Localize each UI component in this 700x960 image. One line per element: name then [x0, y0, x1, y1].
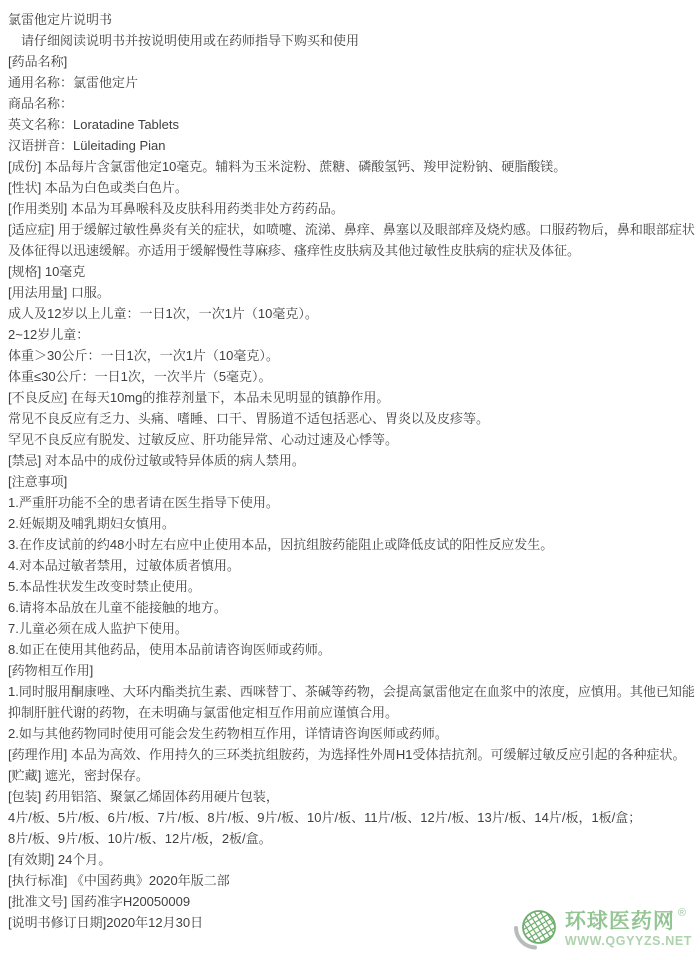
leaflet-line: [执行标准] 《中国药典》2020年版二部: [8, 870, 692, 891]
registered-trademark-icon: ®: [678, 908, 686, 919]
leaflet-line: 常见不良反应有乏力、头痛、嗜睡、口干、胃肠道不适包括恶心、胃炎以及皮疹等。: [8, 408, 692, 429]
leaflet-line: [包装] 药用铝箔、聚氯乙烯固体药用硬片包装，: [8, 786, 692, 807]
leaflet-line: 氯雷他定片说明书: [8, 9, 692, 30]
leaflet-line: 罕见不良反应有脱发、过敏反应、肝功能异常、心动过速及心悸等。: [8, 429, 692, 450]
leaflet-line: [规格] 10毫克: [8, 261, 692, 282]
leaflet-line: 通用名称：氯雷他定片: [8, 72, 692, 93]
leaflet-line: [用法用量] 口服。: [8, 282, 692, 303]
leaflet-line: [药理作用] 本品为高效、作用持久的三环类抗组胺药，为选择性外周H1受体拮抗剂。…: [8, 744, 692, 765]
leaflet-line: 8.如正在使用其他药品，使用本品前请咨询医师或药师。: [8, 639, 692, 660]
leaflet-line: 6.请将本品放在儿童不能接触的地方。: [8, 597, 692, 618]
leaflet-line: 8片/板、9片/板、10片/板、12片/板，2板/盒。: [8, 828, 692, 849]
leaflet-line: 成人及12岁以上儿童：一日1次，一次1片（10毫克）。: [8, 303, 692, 324]
leaflet-line: [作用类别] 本品为耳鼻喉科及皮肤科用药类非处方药药品。: [8, 198, 692, 219]
leaflet-line: 2.如与其他药物同时使用可能会发生药物相互作用，详情请咨询医师或药师。: [8, 723, 692, 744]
leaflet-line: [禁忌] 对本品中的成份过敏或特异体质的病人禁用。: [8, 450, 692, 471]
leaflet-line: 3.在作皮试前的约48小时左右应中止使用本品，因抗组胺药能阻止或降低皮试的阳性反…: [8, 534, 692, 555]
leaflet-line: 体重≤30公斤：一日1次，一次半片（5毫克）。: [8, 366, 692, 387]
leaflet-line: [成份] 本品每片含氯雷他定10毫克。辅料为玉米淀粉、蔗糖、磷酸氢钙、羧甲淀粉钠…: [8, 156, 692, 177]
leaflet-line: 英文名称：Loratadine Tablets: [8, 114, 692, 135]
leaflet-line: 1.同时服用酮康唑、大环内酯类抗生素、西咪替丁、茶碱等药物，会提高氯雷他定在血浆…: [8, 681, 692, 702]
leaflet-line: [贮藏] 遮光，密封保存。: [8, 765, 692, 786]
leaflet-text: 氯雷他定片说明书 请仔细阅读说明书并按说明使用或在药师指导下购买和使用 [药品名…: [0, 0, 700, 933]
leaflet-line: 汉语拼音：Lüleitading Pian: [8, 135, 692, 156]
leaflet-line: 抑制肝脏代谢的药物，在未明确与氯雷他定相互作用前应谨慎合用。: [8, 702, 692, 723]
leaflet-line: 4片/板、5片/板、6片/板、7片/板、8片/板、9片/板、10片/板、11片/…: [8, 807, 692, 828]
watermark-site-url: WWW.QGYYZS.NET: [565, 934, 692, 949]
leaflet-line: [有效期] 24个月。: [8, 849, 692, 870]
leaflet-line: 5.本品性状发生改变时禁止使用。: [8, 576, 692, 597]
leaflet-line: [注意事项]: [8, 471, 692, 492]
globe-icon: [512, 907, 560, 951]
leaflet-line: 商品名称：: [8, 93, 692, 114]
site-watermark: 环球医药网 ® WWW.QGYYZS.NET: [512, 907, 692, 951]
leaflet-line: [性状] 本品为白色或类白色片。: [8, 177, 692, 198]
leaflet-line: 请仔细阅读说明书并按说明使用或在药师指导下购买和使用: [8, 30, 692, 51]
leaflet-line: 及体征得以迅速缓解。亦适用于缓解慢性荨麻疹、瘙痒性皮肤病及其他过敏性皮肤病的症状…: [8, 240, 692, 261]
leaflet-line: 2.妊娠期及哺乳期妇女慎用。: [8, 513, 692, 534]
leaflet-line: 7.儿童必须在成人监护下使用。: [8, 618, 692, 639]
leaflet-line: 1.严重肝功能不全的患者请在医生指导下使用。: [8, 492, 692, 513]
leaflet-line: [药物相互作用]: [8, 660, 692, 681]
leaflet-line: 2~12岁儿童：: [8, 324, 692, 345]
watermark-site-name: 环球医药网: [565, 910, 675, 934]
leaflet-line: [药品名称]: [8, 51, 692, 72]
leaflet-line: 体重＞30公斤：一日1次，一次1片（10毫克）。: [8, 345, 692, 366]
leaflet-line: [适应症] 用于缓解过敏性鼻炎有关的症状，如喷嚏、流涕、鼻痒、鼻塞以及眼部痒及烧…: [8, 219, 692, 240]
leaflet-line: 4.对本品过敏者禁用，过敏体质者慎用。: [8, 555, 692, 576]
leaflet-line: [不良反应] 在每天10mg的推荐剂量下，本品未见明显的镇静作用。: [8, 387, 692, 408]
